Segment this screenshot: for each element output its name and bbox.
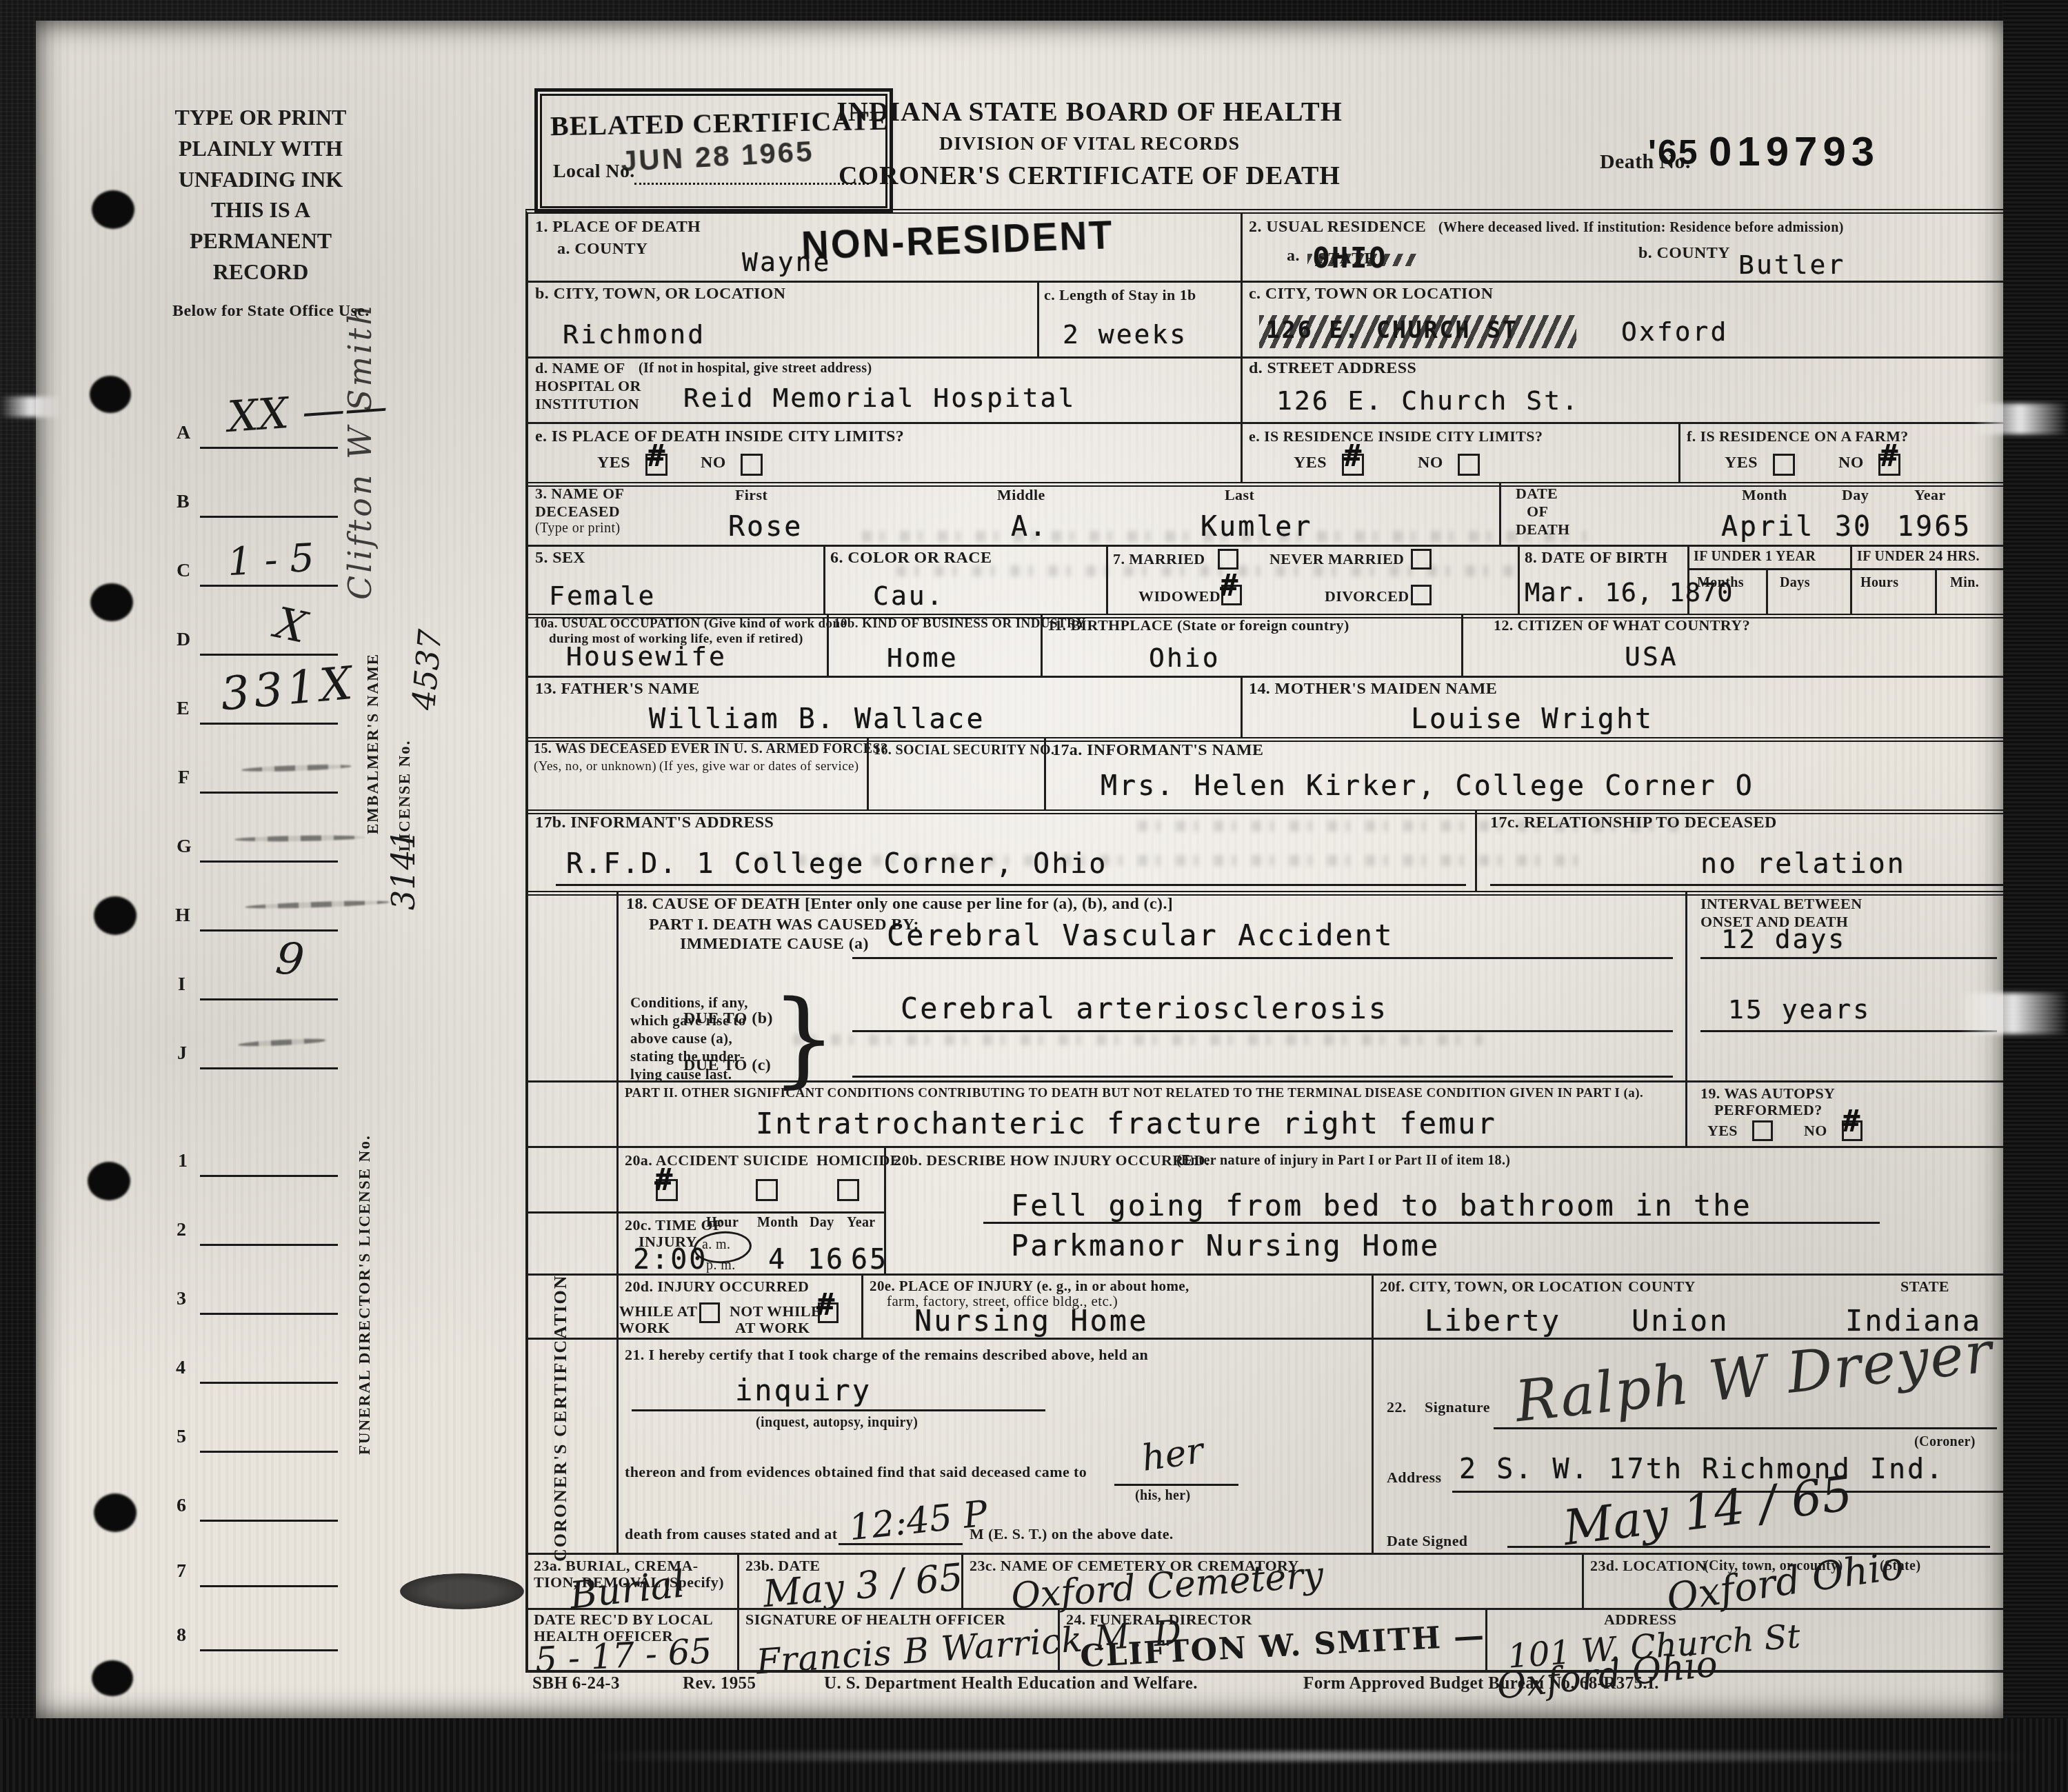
margin-line bbox=[200, 1520, 338, 1522]
row-accident-describe: 20a. ACCIDENT SUICIDE HOMICIDE # 20c. TI… bbox=[528, 1146, 2013, 1276]
fill-line bbox=[632, 1409, 1045, 1411]
hospital-label-2: HOSPITAL OR bbox=[535, 377, 641, 394]
interval-b-value: 15 years bbox=[1728, 994, 1871, 1025]
punch-hole bbox=[92, 190, 134, 229]
funeral-director-label: 24. FUNERAL DIRECTOR bbox=[1066, 1611, 1252, 1628]
coroner-note: (Coroner) bbox=[1914, 1434, 1976, 1450]
fill-line bbox=[852, 1076, 1673, 1078]
signature-label: Signature bbox=[1425, 1398, 1490, 1416]
handwritten-name-vertical: Clifton W Smith bbox=[341, 76, 379, 600]
form-number: SBH 6-24-3 bbox=[532, 1674, 620, 1694]
his-her-handwritten: her bbox=[1139, 1430, 1206, 1480]
margin-line bbox=[200, 723, 338, 725]
no-label: NO bbox=[1418, 454, 1443, 473]
dod-day-value: 30 bbox=[1835, 511, 1872, 543]
injury-description-line-1: Fell going from bed to bathroom in the bbox=[1011, 1189, 1752, 1222]
no-label: NO bbox=[701, 454, 726, 473]
first-name-label: First bbox=[735, 486, 767, 503]
usual-residence-note: (Where deceased lived. If institution: R… bbox=[1438, 220, 1844, 236]
birthplace-value: Ohio bbox=[1149, 643, 1221, 673]
widowed-label: WIDOWED bbox=[1138, 587, 1221, 605]
row-sex-race-dob: 5. SEX Female 6. COLOR OR RACE Cau. 7. M… bbox=[528, 545, 2013, 618]
margin-line bbox=[200, 1313, 338, 1315]
name-of-deceased-label-1: 3. NAME OF bbox=[535, 485, 624, 502]
death-city-limits-label: e. IS PLACE OF DEATH INSIDE CITY LIMITS? bbox=[535, 427, 904, 447]
funeral-director-license-value: 3141 bbox=[385, 779, 422, 910]
margin-line bbox=[200, 792, 338, 794]
divorced-label: DIVORCED bbox=[1325, 587, 1409, 605]
residence-city-value: Oxford bbox=[1621, 316, 1728, 347]
dob-value: Mar. 16, 1870 bbox=[1525, 578, 1683, 607]
checkbox-homicide bbox=[837, 1179, 859, 1201]
no-label: NO bbox=[1804, 1122, 1827, 1139]
health-officer-sig-label: SIGNATURE OF HEALTH OFFICER bbox=[745, 1611, 1005, 1628]
row-cause-part1: 18. CAUSE OF DEATH [Enter only one cause… bbox=[528, 891, 2013, 1083]
margin-line bbox=[200, 929, 338, 932]
margin-line bbox=[200, 447, 338, 449]
divider bbox=[1485, 1608, 1487, 1670]
checkbox-autopsy-yes bbox=[1752, 1120, 1773, 1141]
pm-label: p. m. bbox=[706, 1258, 736, 1273]
injury-county-value: Union bbox=[1632, 1304, 1729, 1338]
armed-forces-note-1: (Yes, no, or unknown) bbox=[534, 759, 656, 774]
divider bbox=[737, 1608, 739, 1670]
married-label: 7. MARRIED bbox=[1113, 550, 1205, 567]
mothers-name-label: 14. MOTHER'S MAIDEN NAME bbox=[1249, 680, 1497, 699]
part1-label: PART I. DEATH WAS CAUSED BY: bbox=[649, 916, 919, 935]
row-city-stay: b. CITY, TOWN, OR LOCATION Richmond c. L… bbox=[528, 281, 2013, 359]
birthplace-label: 11. BIRTHPLACE (State or foreign country… bbox=[1047, 616, 1349, 634]
check-mark: # bbox=[1880, 439, 1898, 474]
divider bbox=[1241, 281, 1243, 356]
check-mark: # bbox=[816, 1287, 835, 1322]
county-value: Wayne bbox=[742, 247, 831, 277]
margin-line-letter: A bbox=[177, 422, 191, 444]
punch-hole bbox=[90, 376, 131, 413]
divider bbox=[1241, 422, 1243, 482]
yes-label: YES bbox=[597, 454, 630, 473]
injury-occurred-label: 20d. INJURY OCCURRED bbox=[625, 1278, 809, 1295]
interval-a-value: 12 days bbox=[1721, 924, 1846, 954]
race-value: Cau. bbox=[873, 581, 945, 611]
informant-address-label: 17b. INFORMANT'S ADDRESS bbox=[535, 814, 774, 833]
divider-interval bbox=[1685, 1080, 1687, 1146]
fill-line bbox=[1507, 1546, 1990, 1548]
hour-value: 2:00 bbox=[633, 1244, 707, 1276]
sex-label: 5. SEX bbox=[535, 549, 585, 568]
first-name-value: Rose bbox=[728, 511, 803, 543]
certify-text-4: M (E. S. T.) on the above date. bbox=[970, 1525, 1174, 1542]
checkbox-suicide bbox=[756, 1179, 778, 1201]
divider bbox=[1678, 422, 1680, 482]
relationship-value: no relation bbox=[1700, 848, 1906, 880]
due-to-b-value: Cerebral arteriosclerosis bbox=[901, 991, 1388, 1025]
form-revision: Rev. 1955 bbox=[683, 1674, 756, 1694]
header-title-block: INDIANA STATE BOARD OF HEALTH DIVISION O… bbox=[834, 95, 1345, 191]
margin-line bbox=[200, 1585, 338, 1587]
divider bbox=[1499, 482, 1501, 545]
scan-streak bbox=[1958, 993, 2068, 1034]
board-title: INDIANA STATE BOARD OF HEALTH bbox=[834, 95, 1345, 128]
if-under-24h-label: IF UNDER 24 HRS. bbox=[1857, 549, 1980, 565]
length-of-stay-label: c. Length of Stay in 1b bbox=[1044, 286, 1196, 303]
day-label: Day bbox=[810, 1215, 834, 1231]
citizen-value: USA bbox=[1625, 641, 1678, 672]
margin-line-letter: C bbox=[177, 560, 191, 582]
race-label: 6. COLOR OR RACE bbox=[830, 549, 992, 568]
checkbox-married bbox=[1218, 549, 1238, 570]
hospital-value: Reid Memorial Hospital bbox=[683, 383, 1076, 413]
yes-label: YES bbox=[1725, 454, 1758, 473]
homicide-label: HOMICIDE bbox=[816, 1151, 901, 1169]
death-no-value: 019793 bbox=[1709, 128, 1880, 175]
margin-line-letter: J bbox=[177, 1043, 187, 1065]
row-armed-ssn-informant: 15. WAS DECEASED EVER IN U. S. ARMED FOR… bbox=[528, 737, 2013, 814]
certify-text-1: 21. I hereby certify that I took charge … bbox=[625, 1346, 1148, 1363]
scan-streak bbox=[0, 396, 62, 417]
yes-label: YES bbox=[1294, 454, 1327, 473]
date-signed-label: Date Signed bbox=[1387, 1532, 1467, 1549]
city-of-death-value: Richmond bbox=[563, 319, 705, 350]
city-of-death-label: b. CITY, TOWN, OR LOCATION bbox=[535, 285, 786, 304]
margin-instructions: TYPE OR PRINT PLAINLY WITH UNFADING INK … bbox=[171, 102, 350, 288]
fill-line bbox=[983, 1222, 1880, 1224]
check-mark: # bbox=[1842, 1104, 1860, 1139]
suicide-label: SUICIDE bbox=[743, 1151, 809, 1169]
cause-of-death-label: 18. CAUSE OF DEATH [Enter only one cause… bbox=[626, 895, 1173, 914]
middle-name-value: A. bbox=[1011, 511, 1048, 543]
inquiry-value: inquiry bbox=[735, 1373, 872, 1407]
citizen-label: 12. CITIZEN OF WHAT COUNTRY? bbox=[1494, 616, 1750, 634]
dod-year-value: 1965 bbox=[1897, 511, 1971, 543]
state-office-note: Below for State Office Use. bbox=[172, 302, 370, 321]
hours-label: Hours bbox=[1860, 575, 1898, 591]
check-mark: # bbox=[1220, 568, 1238, 603]
part2-label: PART II. OTHER SIGNIFICANT CONDITIONS CO… bbox=[625, 1086, 1643, 1101]
divider bbox=[1106, 545, 1108, 614]
dod-label-1: DATE bbox=[1516, 485, 1558, 502]
coroner-address-value: 2 S. W. 17th Richmond Ind. bbox=[1459, 1453, 1945, 1485]
check-mark: # bbox=[647, 439, 665, 474]
part2-value: Intratrochanteric fracture right femur bbox=[756, 1107, 1497, 1140]
overstrike bbox=[1259, 315, 1576, 348]
margin-line bbox=[200, 998, 338, 1000]
instruction-line: TYPE OR PRINT bbox=[171, 102, 350, 133]
margin-line bbox=[200, 516, 338, 518]
margin-line-letter: G bbox=[177, 836, 192, 858]
days-label: Days bbox=[1780, 575, 1810, 591]
last-name-label: Last bbox=[1225, 486, 1254, 503]
hospital-label-1: d. NAME OF bbox=[535, 359, 625, 376]
middle-name-label: Middle bbox=[997, 486, 1045, 503]
last-name-value: Kumler bbox=[1201, 511, 1313, 543]
margin-num: 4 bbox=[176, 1357, 185, 1379]
county-label: a. COUNTY bbox=[557, 240, 648, 259]
street-address-label: d. STREET ADDRESS bbox=[1249, 359, 1416, 379]
row-city-limits: e. IS PLACE OF DEATH INSIDE CITY LIMITS?… bbox=[528, 422, 2013, 487]
margin-num: 7 bbox=[177, 1560, 186, 1582]
checkbox-while-at-work bbox=[699, 1302, 720, 1323]
margin-line bbox=[200, 1067, 338, 1069]
sex-value: Female bbox=[549, 581, 656, 611]
margin-line bbox=[200, 1451, 338, 1453]
describe-injury-note: (Enter nature of injury in Part I or Par… bbox=[1176, 1153, 1510, 1169]
checkbox-divorced bbox=[1411, 585, 1432, 605]
margin-line bbox=[200, 654, 338, 656]
year-label: Year bbox=[1914, 486, 1946, 503]
informant-name-label: 17a. INFORMANT'S NAME bbox=[1052, 741, 1263, 761]
certificate-form: 1. PLACE OF DEATH a. COUNTY Wayne 2. USU… bbox=[525, 209, 2015, 1673]
row-place-residence: 1. PLACE OF DEATH a. COUNTY Wayne 2. USU… bbox=[528, 214, 2013, 283]
place-of-injury-value: Nursing Home bbox=[914, 1304, 1148, 1338]
row-cause-part2: PART II. OTHER SIGNIFICANT CONDITIONS CO… bbox=[528, 1080, 2013, 1148]
margin-num: 8 bbox=[177, 1624, 186, 1647]
location-label: 23d. LOCATION bbox=[1590, 1557, 1707, 1574]
margin-line-value: 1 - 5 bbox=[226, 536, 315, 585]
fathers-name-value: William B. Wallace bbox=[649, 703, 985, 735]
margin-line-letter: B bbox=[177, 491, 190, 513]
divider bbox=[861, 1273, 863, 1338]
divider bbox=[1372, 1273, 1374, 1338]
subdivider bbox=[1935, 568, 1937, 614]
residence-farm-label: f. IS RESIDENCE ON A FARM? bbox=[1687, 427, 1909, 445]
conditions-note-1: Conditions, if any, bbox=[630, 994, 748, 1011]
informant-name-value: Mrs. Helen Kirker, College Corner O bbox=[1101, 770, 1754, 802]
row-name-dod: 3. NAME OF DECEASED (Type or print) Firs… bbox=[528, 482, 2013, 547]
fill-line bbox=[1700, 957, 1997, 959]
informant-address-value: R.F.D. 1 College Corner, Ohio bbox=[566, 848, 1107, 880]
conditions-brace: } bbox=[771, 987, 836, 1091]
time-of-death-handwritten: 12:45 P bbox=[847, 1493, 990, 1549]
injury-county-label: COUNTY bbox=[1628, 1278, 1696, 1295]
armed-forces-note-2: (If yes, give war or dates of service) bbox=[659, 759, 859, 774]
margin-line bbox=[200, 1649, 338, 1651]
month-label: Month bbox=[1742, 486, 1787, 503]
instruction-line: THIS IS A bbox=[171, 194, 350, 225]
margin-line-letter: F bbox=[178, 767, 190, 789]
punch-hole bbox=[90, 583, 133, 621]
mothers-name-value: Louise Wright bbox=[1411, 703, 1654, 735]
fill-line bbox=[1494, 1427, 1997, 1429]
row-informant-address: 17b. INFORMANT'S ADDRESS R.F.D. 1 Colleg… bbox=[528, 809, 2013, 896]
divider bbox=[1241, 676, 1243, 737]
dod-month-value: April bbox=[1721, 511, 1814, 543]
scanned-death-certificate: TYPE OR PRINT PLAINLY WITH UNFADING INK … bbox=[0, 0, 2068, 1792]
year-label: Year bbox=[847, 1215, 876, 1231]
date-received-stamp: JUN 28 1965 bbox=[620, 135, 815, 179]
scan-edge-right bbox=[2003, 0, 2068, 1792]
division-subtitle: DIVISION OF VITAL RECORDS bbox=[834, 133, 1345, 155]
usual-residence-label: 2. USUAL RESIDENCE bbox=[1249, 218, 1426, 237]
subrule bbox=[528, 1211, 884, 1214]
interval-label-1: INTERVAL BETWEEN bbox=[1700, 895, 1862, 912]
divider bbox=[823, 545, 825, 614]
margin-line-letter: I bbox=[178, 974, 185, 996]
fill-line bbox=[852, 1030, 1673, 1032]
dod-label-3: DEATH bbox=[1516, 521, 1570, 538]
margin-line bbox=[200, 1382, 338, 1384]
injury-city-value: Liberty bbox=[1425, 1304, 1561, 1338]
while-at-label: WHILE AT bbox=[619, 1302, 697, 1320]
instruction-line: PERMANENT bbox=[171, 225, 350, 256]
margin-num: 2 bbox=[177, 1219, 186, 1241]
accident-label: 20a. ACCIDENT bbox=[625, 1151, 739, 1169]
due-to-b-label: DUE TO (b) bbox=[683, 1009, 773, 1029]
injury-state-label: STATE bbox=[1900, 1278, 1949, 1295]
date-recd-value: 5 - 17 - 65 bbox=[534, 1631, 713, 1680]
year-value: 65 bbox=[851, 1244, 888, 1276]
local-no-line bbox=[634, 183, 869, 185]
name-of-deceased-label-3: (Type or print) bbox=[535, 521, 620, 536]
divider bbox=[737, 1553, 739, 1608]
due-to-c-label: DUE TO (c) bbox=[683, 1056, 771, 1076]
divider bbox=[1372, 1338, 1374, 1553]
row-certify-signature: 21. I hereby certify that I took charge … bbox=[528, 1338, 2013, 1555]
fd-address-label: ADDRESS bbox=[1604, 1611, 1677, 1628]
date-recd-label-1: DATE REC'D BY LOCAL bbox=[534, 1611, 713, 1628]
residence-city-label: c. CITY, TOWN OR LOCATION bbox=[1249, 285, 1494, 304]
checkbox-yes bbox=[1773, 454, 1795, 476]
certify-text-2: thereon and from evidences obtained find… bbox=[625, 1463, 1087, 1480]
length-of-stay-value: 2 weeks bbox=[1063, 319, 1187, 350]
ssn-label: 16. SOCIAL SECURITY NO. bbox=[874, 743, 1054, 758]
row-hospital-street: d. NAME OF (If not in hospital, give str… bbox=[528, 356, 2013, 424]
injury-description-line-2: Parkmanor Nursing Home bbox=[1011, 1229, 1440, 1262]
instruction-line: PLAINLY WITH bbox=[171, 133, 350, 164]
place-of-injury-label: 20e. PLACE OF INJURY (e. g., in or about… bbox=[870, 1278, 1189, 1294]
form-department: U. S. Department Health Education and We… bbox=[824, 1674, 1198, 1694]
residence-state-label: a. bbox=[1287, 247, 1300, 266]
divider-interval bbox=[1685, 891, 1687, 1080]
punch-hole bbox=[94, 1493, 137, 1532]
hospital-note: (If not in hospital, give street address… bbox=[639, 361, 872, 376]
margin-num: 3 bbox=[177, 1288, 186, 1310]
conditions-note-3: above cause (a), bbox=[630, 1030, 732, 1047]
fathers-name-label: 13. FATHER'S NAME bbox=[535, 680, 700, 699]
checkbox-no bbox=[741, 454, 763, 476]
checkbox-no bbox=[1458, 454, 1480, 476]
scan-streak bbox=[586, 1751, 2034, 1761]
name-of-deceased-label-2: DECEASED bbox=[535, 503, 620, 520]
printer-union-emblem bbox=[400, 1573, 524, 1609]
divider bbox=[1518, 545, 1520, 614]
at-work-label: AT WORK bbox=[735, 1319, 810, 1336]
margin-num: 5 bbox=[177, 1426, 186, 1448]
signature-item-no: 22. bbox=[1387, 1398, 1407, 1416]
margin-line-letter: D bbox=[177, 629, 191, 651]
margin-line-value: 9 bbox=[273, 933, 306, 987]
fill-line bbox=[556, 884, 1466, 886]
check-mark: # bbox=[1343, 439, 1362, 474]
not-while-label: NOT WHILE bbox=[730, 1302, 821, 1320]
occupation-value: Housewife bbox=[566, 641, 727, 672]
month-label: Month bbox=[757, 1215, 799, 1231]
divider bbox=[1241, 356, 1243, 422]
autopsy-label-2: PERFORMED? bbox=[1714, 1101, 1823, 1118]
fill-line bbox=[839, 1543, 963, 1545]
subrule bbox=[1687, 568, 2013, 570]
margin-num: 6 bbox=[177, 1495, 186, 1517]
injury-city-label: 20f. CITY, TOWN, OR LOCATION bbox=[1380, 1278, 1623, 1295]
street-address-value: 126 E. Church St. bbox=[1276, 385, 1580, 416]
address-label: Address bbox=[1387, 1469, 1441, 1486]
fill-line bbox=[852, 957, 1673, 959]
margin-line bbox=[200, 585, 338, 587]
dod-label-2: OF bbox=[1527, 503, 1548, 520]
autopsy-label-1: 19. WAS AUTOPSY bbox=[1700, 1085, 1835, 1102]
divider bbox=[1582, 1553, 1584, 1608]
work-label: WORK bbox=[619, 1319, 670, 1336]
row-parents: 13. FATHER'S NAME William B. Wallace 14.… bbox=[528, 676, 2013, 742]
place-of-death-label: 1. PLACE OF DEATH bbox=[535, 218, 701, 237]
fill-line bbox=[1700, 1030, 1997, 1032]
immediate-cause-value: Cerebral Vascular Accident bbox=[887, 918, 1394, 952]
margin-line bbox=[200, 1175, 338, 1177]
never-married-label: NEVER MARRIED bbox=[1269, 550, 1404, 567]
business-value: Home bbox=[887, 643, 958, 673]
residence-county-value: Butler bbox=[1738, 250, 1845, 280]
relationship-label: 17c. RELATIONSHIP TO DECEASED bbox=[1490, 814, 1777, 833]
embalmer-name-label: EMBALMER'S NAME bbox=[364, 607, 382, 834]
armed-forces-label: 15. WAS DECEASED EVER IN U. S. ARMED FOR… bbox=[534, 741, 887, 757]
yes-label: YES bbox=[1707, 1122, 1738, 1139]
subdivider bbox=[1766, 568, 1768, 614]
fill-line bbox=[1490, 884, 2007, 886]
divider bbox=[1475, 809, 1477, 891]
row-injury-place: 20d. INJURY OCCURRED WHILE AT NOT WHILE … bbox=[528, 1273, 2013, 1340]
divider bbox=[1241, 214, 1243, 281]
funeral-director-license-label: FUNERAL DIRECTOR'S LICENSE No. bbox=[356, 896, 374, 1455]
row-health-officer: DATE REC'D BY LOCAL HEALTH OFFICER 5 - 1… bbox=[528, 1608, 2013, 1670]
certificate-title: CORONER'S CERTIFICATE OF DEATH bbox=[834, 161, 1345, 191]
margin-num: 1 bbox=[178, 1150, 188, 1172]
punch-hole bbox=[94, 896, 137, 935]
month-value: 4 bbox=[768, 1244, 787, 1276]
months-label: Months bbox=[1697, 575, 1744, 591]
residence-city-limits-label: e. IS RESIDENCE INSIDE CITY LIMITS? bbox=[1249, 427, 1543, 445]
overstrike bbox=[1307, 254, 1418, 266]
row-burial: 23a. BURIAL, CREMA- TION, REMOVAL (Speci… bbox=[528, 1553, 2013, 1610]
punch-hole bbox=[92, 1660, 133, 1696]
day-label: Day bbox=[1842, 486, 1869, 503]
row-occupation: 10a. USUAL OCCUPATION (Give kind of work… bbox=[528, 614, 2013, 678]
checkbox-never-married bbox=[1411, 549, 1432, 570]
punch-hole bbox=[88, 1162, 130, 1200]
scan-streak bbox=[1972, 403, 2068, 434]
occupation-label-1: 10a. USUAL OCCUPATION (Give kind of work… bbox=[534, 616, 846, 632]
day-value: 16 bbox=[807, 1244, 845, 1276]
describe-injury-label: 20b. DESCRIBE HOW INJURY OCCURRED. bbox=[894, 1151, 1209, 1169]
hospital-label-3: INSTITUTION bbox=[535, 395, 639, 412]
divider bbox=[1037, 281, 1039, 356]
margin-line-letter: E bbox=[177, 698, 190, 720]
instruction-line: UNFADING INK bbox=[171, 164, 350, 195]
margin-line bbox=[200, 1244, 338, 1246]
margin-line bbox=[200, 860, 338, 863]
min-label: Min. bbox=[1950, 575, 1979, 591]
instruction-line: RECORD bbox=[171, 256, 350, 288]
immediate-cause-label: IMMEDIATE CAUSE (a) bbox=[680, 935, 869, 954]
fill-line bbox=[1114, 1484, 1238, 1486]
his-her-note: (his, her) bbox=[1135, 1488, 1191, 1504]
no-label: NO bbox=[1838, 454, 1864, 473]
check-mark: # bbox=[654, 1162, 673, 1198]
hour-label: Hour bbox=[706, 1215, 739, 1231]
residence-county-label: b. COUNTY bbox=[1638, 244, 1730, 263]
if-under-1yr-label: IF UNDER 1 YEAR bbox=[1694, 549, 1816, 565]
divider bbox=[1461, 614, 1463, 676]
dob-label: 8. DATE OF BIRTH bbox=[1525, 549, 1668, 567]
